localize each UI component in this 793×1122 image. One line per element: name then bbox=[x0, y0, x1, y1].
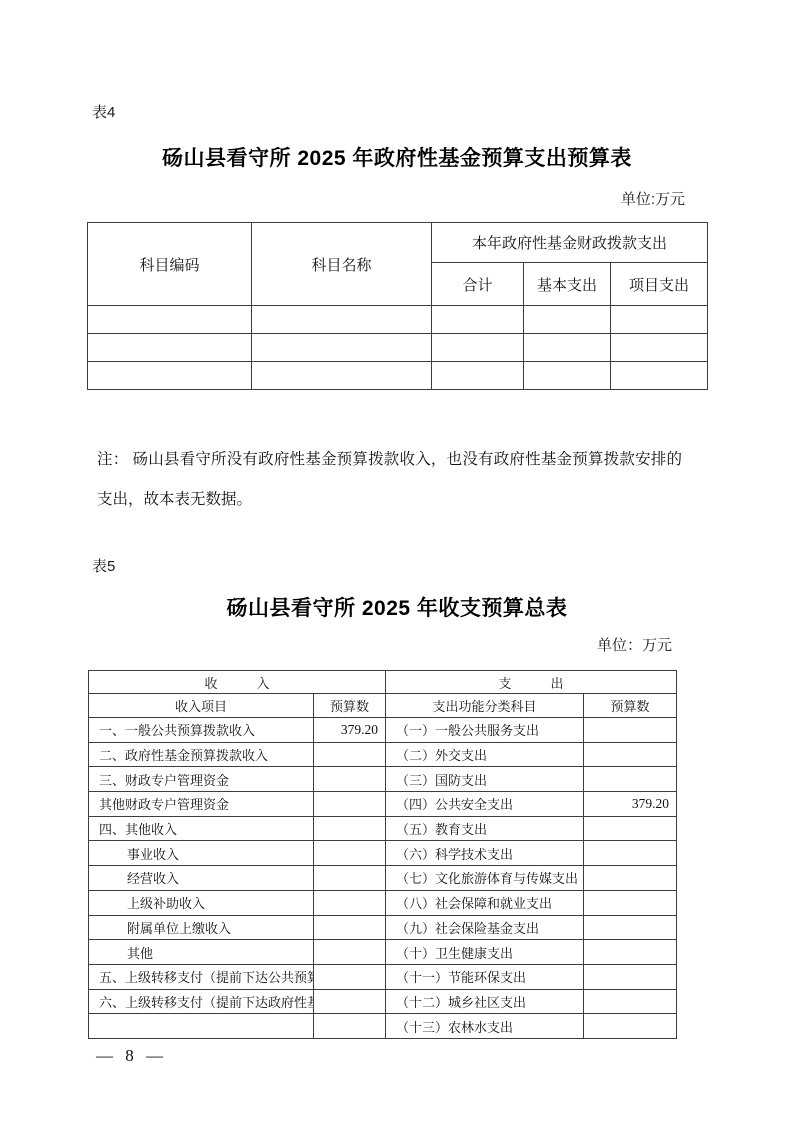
table-row bbox=[88, 334, 708, 362]
col-header-expense-budget: 预算数 bbox=[584, 694, 677, 718]
table4-tag: 表4 bbox=[92, 101, 115, 122]
expense-value bbox=[584, 915, 677, 940]
expense-item: （四）公共安全支出 bbox=[386, 792, 584, 817]
col-header-income-budget: 预算数 bbox=[314, 694, 386, 718]
col-header-total: 合计 bbox=[432, 263, 524, 306]
table-row: （十三）农林水支出 bbox=[89, 1014, 677, 1039]
income-item: 三、财政专户管理资金 bbox=[89, 767, 314, 792]
table-row: 其他财政专户管理资金 （四）公共安全支出 379.20 bbox=[89, 792, 677, 817]
table-row: 事业收入 （六）科学技术支出 bbox=[89, 841, 677, 866]
expense-value bbox=[584, 718, 677, 743]
col-header-subject-name: 科目名称 bbox=[252, 223, 432, 306]
expense-item: （十一）节能环保支出 bbox=[386, 964, 584, 989]
expense-item: （五）教育支出 bbox=[386, 816, 584, 841]
expense-item: （十二）城乡社区支出 bbox=[386, 989, 584, 1014]
expense-item: （十三）农林水支出 bbox=[386, 1014, 584, 1039]
income-value: 379.20 bbox=[314, 718, 386, 743]
col-header-basic-expense: 基本支出 bbox=[524, 263, 611, 306]
expense-value bbox=[584, 816, 677, 841]
expense-value bbox=[584, 1014, 677, 1039]
expense-item: （九）社会保险基金支出 bbox=[386, 915, 584, 940]
table-row: 二、政府性基金预算拨款收入 （二）外交支出 bbox=[89, 742, 677, 767]
empty-cell bbox=[252, 306, 432, 334]
expense-value bbox=[584, 767, 677, 792]
income-value bbox=[314, 841, 386, 866]
section-header-expense: 支 出 bbox=[386, 671, 677, 694]
expense-value bbox=[584, 742, 677, 767]
empty-cell bbox=[252, 362, 432, 390]
income-item: 一、一般公共预算拨款收入 bbox=[89, 718, 314, 743]
empty-cell bbox=[611, 362, 708, 390]
table4-note: 注： 砀山县看守所没有政府性基金预算拨款收入，也没有政府性基金预算拨款安排的支出… bbox=[97, 440, 682, 520]
income-item bbox=[89, 1014, 314, 1039]
income-item: 五、上级转移支付（提前下达公共预算） bbox=[89, 964, 314, 989]
income-item: 事业收入 bbox=[89, 841, 314, 866]
table-row: 附属单位上缴收入 （九）社会保险基金支出 bbox=[89, 915, 677, 940]
table-row bbox=[88, 306, 708, 334]
expense-item: （一）一般公共服务支出 bbox=[386, 718, 584, 743]
income-value bbox=[314, 915, 386, 940]
empty-cell bbox=[252, 334, 432, 362]
income-value bbox=[314, 964, 386, 989]
expense-value bbox=[584, 890, 677, 915]
empty-cell bbox=[88, 334, 252, 362]
income-item: 四、其他收入 bbox=[89, 816, 314, 841]
empty-cell bbox=[524, 362, 611, 390]
income-item: 经营收入 bbox=[89, 866, 314, 891]
col-header-project-expense: 项目支出 bbox=[611, 263, 708, 306]
table-row: 三、财政专户管理资金 （三）国防支出 bbox=[89, 767, 677, 792]
expense-value bbox=[584, 866, 677, 891]
empty-cell bbox=[432, 362, 524, 390]
expense-value bbox=[584, 989, 677, 1014]
empty-cell bbox=[524, 334, 611, 362]
table4-title: 砀山县看守所 2025 年政府性基金预算支出预算表 bbox=[87, 142, 707, 172]
income-value bbox=[314, 866, 386, 891]
expense-item: （十）卫生健康支出 bbox=[386, 940, 584, 965]
income-value bbox=[314, 1014, 386, 1039]
table-row: 上级补助收入 （八）社会保障和就业支出 bbox=[89, 890, 677, 915]
table-row bbox=[88, 362, 708, 390]
income-value bbox=[314, 767, 386, 792]
expense-item: （八）社会保障和就业支出 bbox=[386, 890, 584, 915]
income-value bbox=[314, 816, 386, 841]
empty-cell bbox=[88, 306, 252, 334]
income-item: 二、政府性基金预算拨款收入 bbox=[89, 742, 314, 767]
income-item: 上级补助收入 bbox=[89, 890, 314, 915]
income-value bbox=[314, 989, 386, 1014]
table-row: 经营收入 （七）文化旅游体育与传媒支出 bbox=[89, 866, 677, 891]
expense-item: （六）科学技术支出 bbox=[386, 841, 584, 866]
col-header-subject-code: 科目编码 bbox=[88, 223, 252, 306]
page-number: — 8 — bbox=[96, 1046, 163, 1066]
empty-cell bbox=[611, 334, 708, 362]
income-value bbox=[314, 940, 386, 965]
income-value bbox=[314, 742, 386, 767]
table4-unit-label: 单位:万元 bbox=[87, 188, 707, 209]
section-header-income: 收 入 bbox=[89, 671, 386, 694]
income-value bbox=[314, 890, 386, 915]
table-row: 六、上级转移支付（提前下达政府性基金） （十二）城乡社区支出 bbox=[89, 989, 677, 1014]
empty-cell bbox=[524, 306, 611, 334]
empty-cell bbox=[432, 334, 524, 362]
col-header-fund-expense-group: 本年政府性基金财政拨款支出 bbox=[432, 223, 708, 263]
income-item: 其他财政专户管理资金 bbox=[89, 792, 314, 817]
table5-title: 砀山县看守所 2025 年收支预算总表 bbox=[87, 592, 707, 622]
income-value bbox=[314, 792, 386, 817]
gov-fund-budget-table: 科目编码 科目名称 本年政府性基金财政拨款支出 合计 基本支出 项目支出 bbox=[87, 222, 708, 390]
income-item: 附属单位上缴收入 bbox=[89, 915, 314, 940]
table5-tag: 表5 bbox=[92, 555, 115, 576]
empty-cell bbox=[88, 362, 252, 390]
income-item: 其他 bbox=[89, 940, 314, 965]
col-header-income-item: 收入项目 bbox=[89, 694, 314, 718]
table-row: 其他 （十）卫生健康支出 bbox=[89, 940, 677, 965]
expense-value bbox=[584, 940, 677, 965]
expense-item: （七）文化旅游体育与传媒支出 bbox=[386, 866, 584, 891]
table-row: 一、一般公共预算拨款收入 379.20 （一）一般公共服务支出 bbox=[89, 718, 677, 743]
empty-cell bbox=[432, 306, 524, 334]
table-row: 四、其他收入 （五）教育支出 bbox=[89, 816, 677, 841]
expense-item: （三）国防支出 bbox=[386, 767, 584, 792]
empty-cell bbox=[611, 306, 708, 334]
expense-value: 379.20 bbox=[584, 792, 677, 817]
table5-unit-label: 单位：万元 bbox=[88, 634, 676, 655]
col-header-expense-item: 支出功能分类科目 bbox=[386, 694, 584, 718]
income-expense-summary-table: 收 入 支 出 收入项目 预算数 支出功能分类科目 预算数 一、一般公共预算拨款… bbox=[88, 670, 677, 1039]
income-item: 六、上级转移支付（提前下达政府性基金） bbox=[89, 989, 314, 1014]
expense-value bbox=[584, 841, 677, 866]
table-row: 五、上级转移支付（提前下达公共预算） （十一）节能环保支出 bbox=[89, 964, 677, 989]
expense-item: （二）外交支出 bbox=[386, 742, 584, 767]
expense-value bbox=[584, 964, 677, 989]
